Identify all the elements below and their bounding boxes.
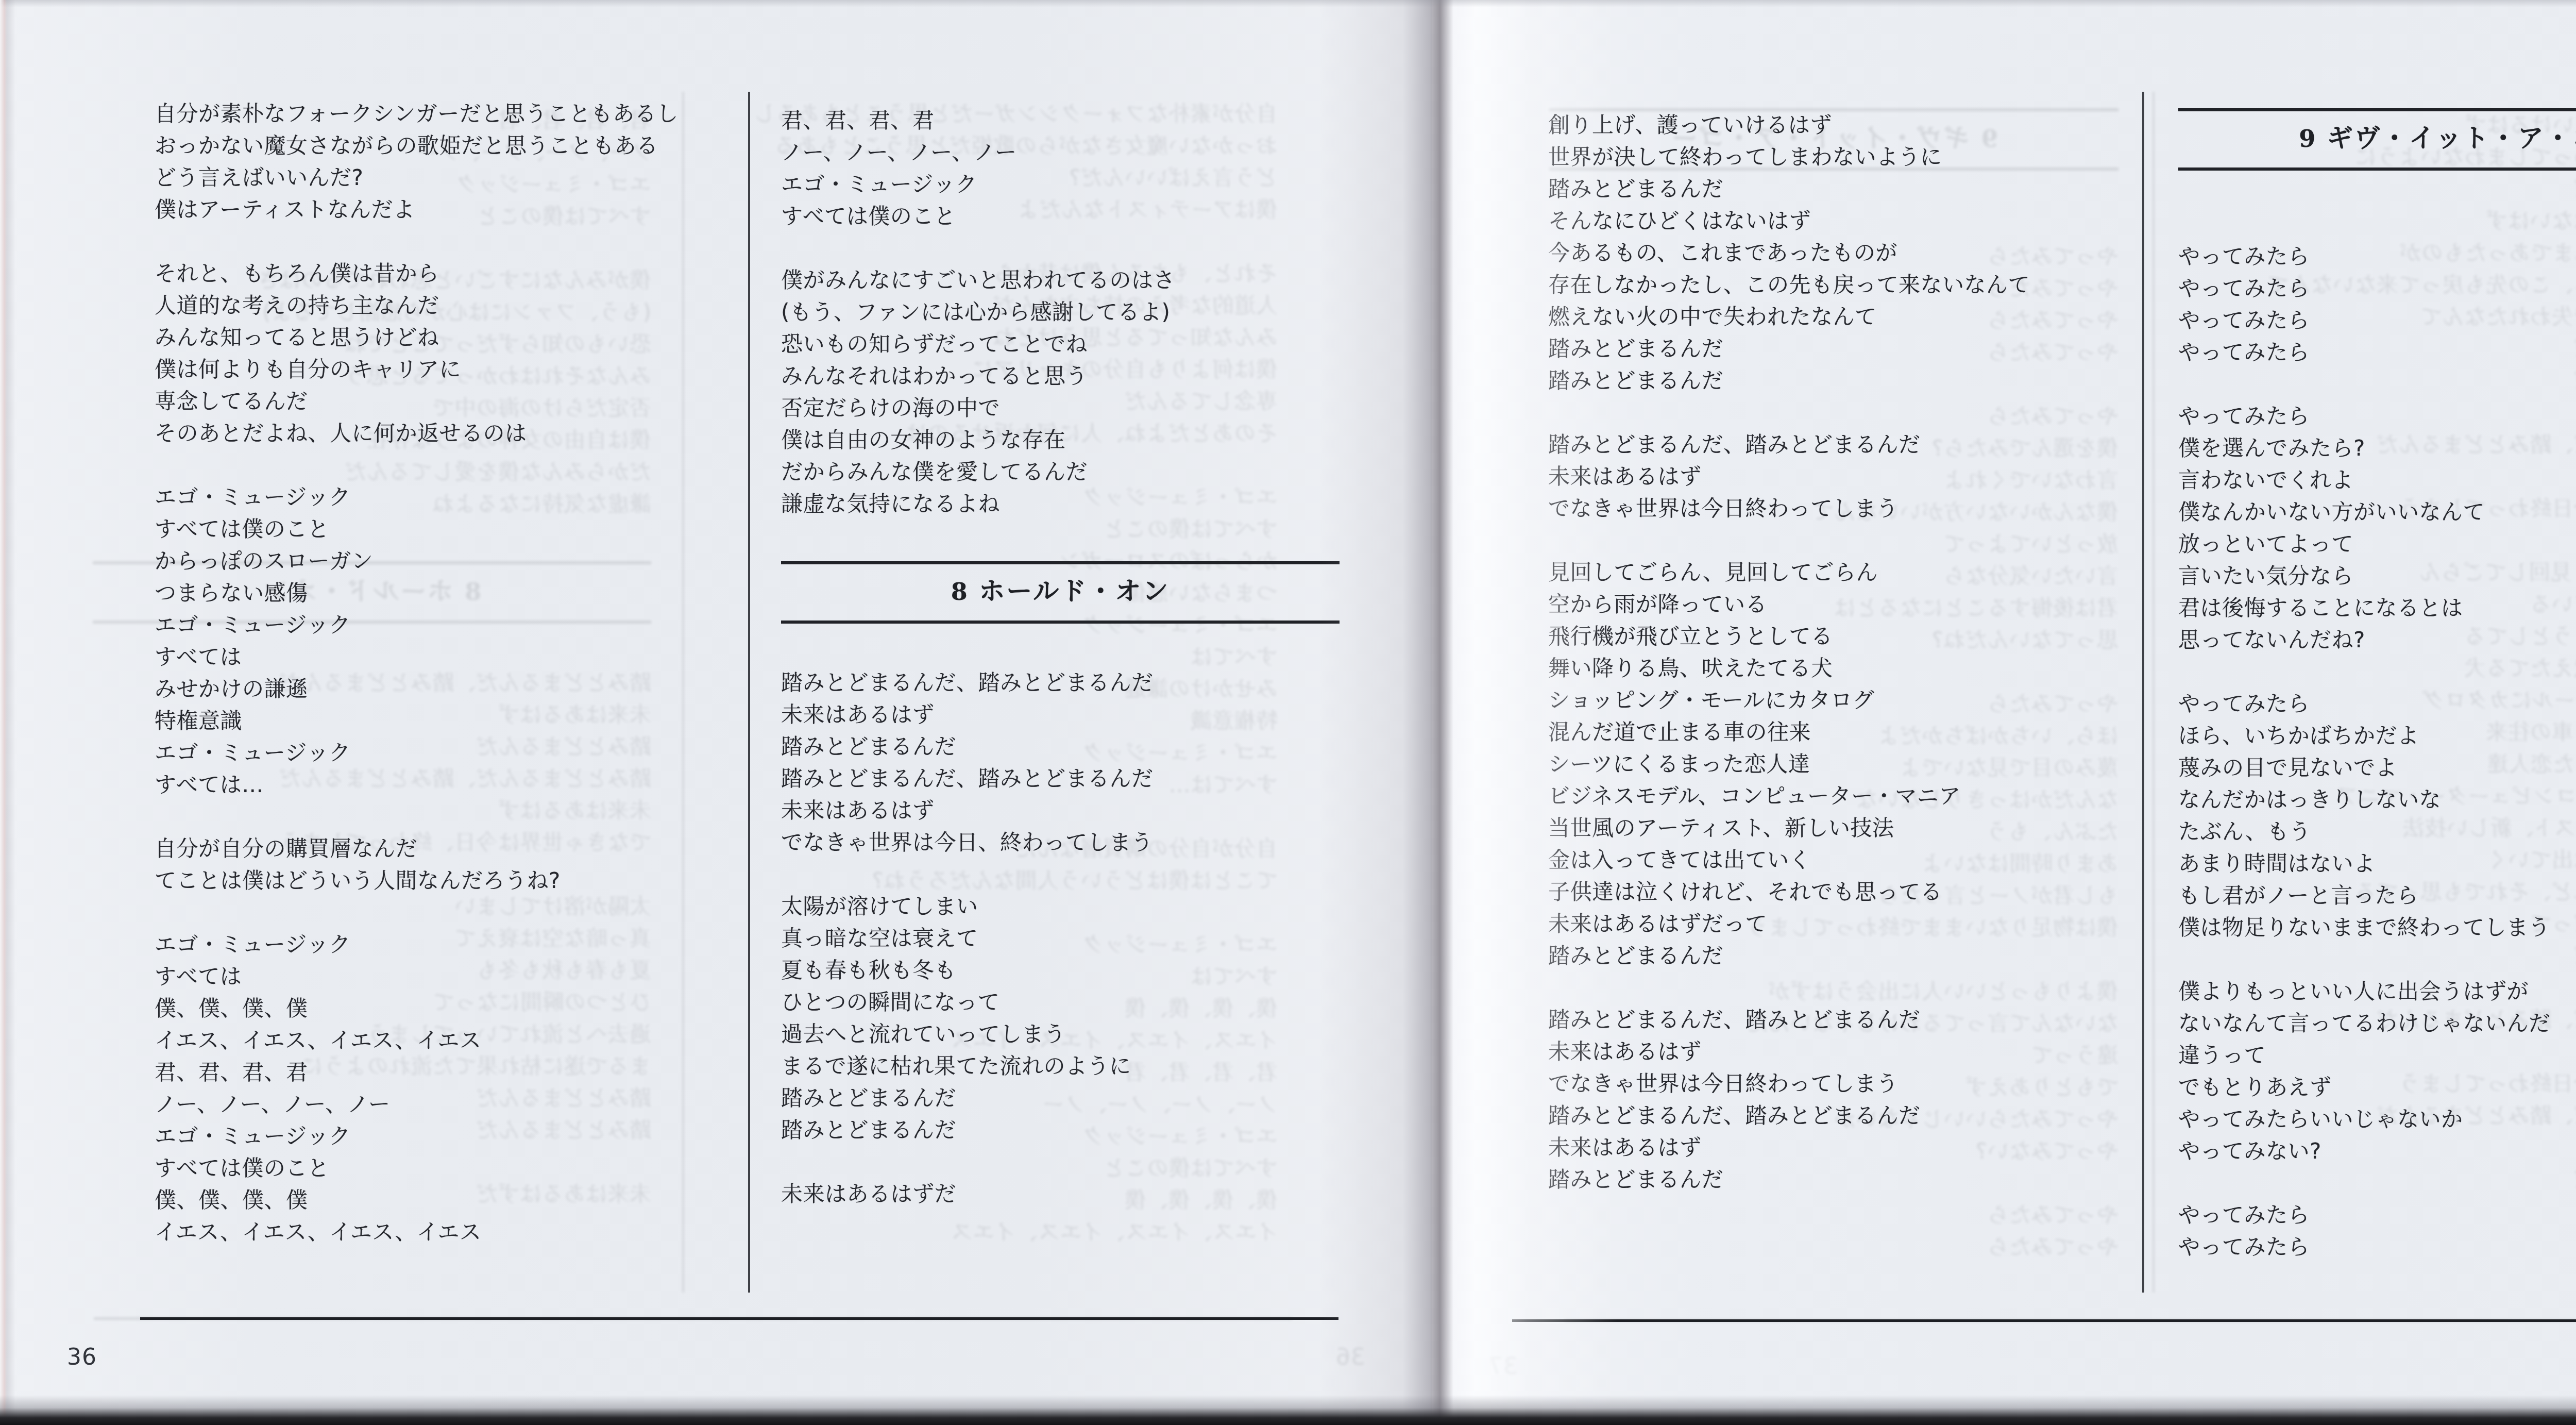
lyrics-line: 特権意識	[155, 705, 742, 737]
lyrics-line: もし君がノーと言ったら	[2178, 880, 2576, 912]
lyrics-line: 踏みとどまるんだ、踏みとどまるんだ	[781, 667, 1340, 699]
lyrics-line: 言いたい気分なら	[2178, 560, 2576, 592]
track-number: 8	[951, 578, 968, 606]
lyrics-line: 未来はあるはずだって	[1548, 908, 2141, 940]
lyrics-line: 踏みとどまるんだ	[781, 1082, 1340, 1114]
lyrics-stanza: 君、君、君、君ノー、ノー、ノー、ノーエゴ・ミュージックすべては僕のこと	[781, 105, 1340, 232]
lyrics-column-right-1: 創り上げ、護っていけるはず世界が決して終わってしまわないように踏みとどまるんだそ…	[1548, 109, 2141, 1228]
lyrics-line: てことは僕はどういう人間なんだろうね?	[155, 865, 742, 897]
lyrics-line: 僕、僕、僕、僕	[155, 993, 742, 1025]
footer-rule	[140, 1317, 1338, 1320]
lyrics-line: 僕を選んでみたら?	[2178, 432, 2576, 464]
lyrics-line: 自分が素朴なフォークシンガーだと思うこともあるし	[155, 98, 742, 130]
lyrics-line: 踏みとどまるんだ	[1548, 333, 2141, 365]
lyrics-line: 謙虚な気持になるよね	[781, 488, 1340, 520]
column-divider	[748, 92, 750, 1293]
track-title: ギヴ・イット・ア・ゴー	[2327, 123, 2576, 153]
lyrics-line: 未来はあるはず	[1548, 1132, 2141, 1164]
lyrics-line: エゴ・ミュージック	[155, 609, 742, 641]
lyrics-line: 君は後悔することになるとは	[2178, 592, 2576, 624]
page-36-content: 自分が素朴なフォークシンガーだと思うこともあるしおっかない魔女さながらの歌姫だと…	[0, 0, 1432, 1425]
lyrics-line: 未来はあるはずだ	[781, 1178, 1340, 1210]
lyrics-line: ショッピング・モールにカタログ	[1548, 684, 2141, 716]
lyrics-line: でなきゃ世界は今日終わってしまう	[1548, 493, 2141, 525]
lyrics-line: 踏みとどまるんだ	[1548, 173, 2141, 205]
lyrics-line: 燃えない火の中で失われたなんて	[1548, 301, 2141, 333]
lyrics-line: 自分が自分の購買層なんだ	[155, 833, 742, 865]
lyrics-line: 踏みとどまるんだ、踏みとどまるんだ	[1548, 429, 2141, 461]
lyrics-line: まるで遂に枯れ果てた流れのように	[781, 1050, 1340, 1082]
track-number: 9	[2299, 125, 2316, 153]
lyrics-line: あまり時間はないよ	[2178, 848, 2576, 880]
lyrics-line: 創り上げ、護っていけるはず	[1548, 109, 2141, 141]
lyrics-line: 踏みとどまるんだ、踏みとどまるんだ	[781, 763, 1340, 795]
lyrics-before-heading: 君、君、君、君ノー、ノー、ノー、ノーエゴ・ミュージックすべては僕のこと僕がみんな…	[781, 105, 1340, 520]
track-title: ホールド・オン	[979, 576, 1170, 606]
lyrics-line: やってみたら	[2178, 273, 2576, 305]
lyrics-stanza: 自分が素朴なフォークシンガーだと思うこともあるしおっかない魔女さながらの歌姫だと…	[155, 98, 742, 226]
lyrics-line: イエス、イエス、イエス、イエス	[155, 1025, 742, 1057]
lyrics-line: すべては僕のこと	[155, 513, 742, 545]
lyrics-line: 未来はあるはず	[1548, 461, 2141, 493]
track-heading-9: 9ギヴ・イット・ア・ゴー	[2178, 108, 2576, 171]
lyrics-stanza: それと、もちろん僕は昔から人道的な考えの持ち主なんだみんな知ってると思うけどね僕…	[155, 258, 742, 449]
lyrics-line: 夏も春も秋も冬も	[781, 954, 1340, 986]
lyrics-line: 踏みとどまるんだ、踏みとどまるんだ	[1548, 1100, 2141, 1132]
lyrics-line: どう言えばいいんだ?	[155, 162, 742, 194]
lyrics-line: 未来はあるはず	[781, 699, 1340, 731]
lyrics-line: シーツにくるまった恋人達	[1548, 748, 2141, 780]
track-title-row: 9ギヴ・イット・ア・ゴー	[2178, 111, 2576, 167]
lyrics-line: 言わないでくれよ	[2178, 464, 2576, 496]
lyrics-line: 僕よりもっといい人に出会うはずが	[2178, 976, 2576, 1008]
lyrics-line: 僕、僕、僕、僕	[155, 1184, 742, 1216]
lyrics-line: 当世風のアーティスト、新しい技法	[1548, 812, 2141, 844]
binding-gutter-shadow	[1319, 0, 1618, 1425]
lyrics-line: 思ってないんだね?	[2178, 624, 2576, 656]
lyrics-line: 子供達は泣くけれど、それでも思ってる	[1548, 876, 2141, 908]
lyrics-line: ないなんて言ってるわけじゃないんだ	[2178, 1008, 2576, 1040]
lyrics-line: みんな知ってると思うけどね	[155, 322, 742, 354]
lyrics-line: でもとりあえず	[2178, 1071, 2576, 1103]
lyrics-line: 今あるもの、これまであったものが	[1548, 237, 2141, 269]
lyrics-line: 空から雨が降っている	[1548, 589, 2141, 621]
page-number: 36	[67, 1344, 97, 1370]
lyrics-line: おっかない魔女さながらの歌姫だと思うこともある	[155, 130, 742, 162]
lyrics-line: やってみたら	[2178, 305, 2576, 337]
lyrics-stanza: 踏みとどまるんだ、踏みとどまるんだ未来はあるはず踏みとどまるんだ踏みとどまるんだ…	[781, 667, 1340, 859]
lyrics-line: 未来はあるはず	[781, 795, 1340, 827]
lyrics-line: 蔑みの目で見ないでよ	[2178, 752, 2576, 784]
lyrics-column-right-2: 9ギヴ・イット・ア・ゴー やってみたらやってみたらやってみたらやってみたらやって…	[2178, 108, 2576, 1295]
lyrics-line: 僕は何よりも自分のキャリアに	[155, 354, 742, 385]
scan-edge-top	[0, 0, 2576, 7]
lyrics-line: やってみたら	[2178, 688, 2576, 720]
lyrics-line: 僕はアーティストなんだよ	[155, 194, 742, 226]
lyrics-stanza: やってみたらやってみたら	[2178, 1199, 2576, 1263]
lyrics-line: それと、もちろん僕は昔から	[155, 258, 742, 290]
lyrics-line: ノー、ノー、ノー、ノー	[155, 1088, 742, 1120]
lyrics-line: なんだかはっきりしないな	[2178, 784, 2576, 816]
lyrics-line: エゴ・ミュージック	[155, 929, 742, 961]
lyrics-line: エゴ・ミュージック	[155, 1120, 742, 1152]
lyrics-line: 否定だらけの海の中で	[781, 392, 1340, 424]
lyrics-line: 未来はあるはず	[1548, 1036, 2141, 1068]
lyrics-stanza: 太陽が溶けてしまい真っ暗な空は衰えて夏も春も秋も冬もひとつの瞬間になって過去へと…	[781, 891, 1340, 1146]
lyrics-line: 専念してるんだ	[155, 385, 742, 417]
lyrics-line: やってみたら	[2178, 1199, 2576, 1231]
lyrics-line: 過去へと流れていってしまう	[781, 1018, 1340, 1050]
lyrics-line: ひとつの瞬間になって	[781, 986, 1340, 1018]
lyrics-stanza: 僕よりもっといい人に出会うはずがないなんて言ってるわけじゃないんだ違うってでもと…	[2178, 976, 2576, 1167]
lyrics-line: 踏みとどまるんだ	[1548, 1164, 2141, 1196]
lyrics-line: 混んだ道で止まる車の往来	[1548, 716, 2141, 748]
lyrics-line: だからみんな僕を愛してるんだ	[781, 456, 1340, 488]
lyrics-line: 世界が決して終わってしまわないように	[1548, 141, 2141, 173]
lyrics-line: すべては僕のこと	[155, 1152, 742, 1184]
lyrics-line: 真っ暗な空は衰えて	[781, 923, 1340, 954]
lyrics-line: ほら、いちかばちかだよ	[2178, 720, 2576, 752]
lyrics-line: 僕は自由の女神のような存在	[781, 424, 1340, 456]
scan-edge-bottom	[0, 1395, 2576, 1425]
lyrics-line: 存在しなかったし、この先も戻って来ないなんて	[1548, 269, 2141, 301]
lyrics-stanza: 踏みとどまるんだ、踏みとどまるんだ未来はあるはずでなきゃ世界は今日終わってしまう…	[1548, 1004, 2141, 1196]
lyrics-column-left-1: 自分が素朴なフォークシンガーだと思うこともあるしおっかない魔女さながらの歌姫だと…	[155, 98, 742, 1280]
lyrics-line: 太陽が溶けてしまい	[781, 891, 1340, 923]
lyrics-stanza: エゴ・ミュージックすべては僕、僕、僕、僕イエス、イエス、イエス、イエス君、君、君…	[155, 929, 742, 1248]
lyrics-line: 人道的な考えの持ち主なんだ	[155, 290, 742, 322]
lyrics-stanza: 創り上げ、護っていけるはず世界が決して終わってしまわないように踏みとどまるんだそ…	[1548, 109, 2141, 397]
lyrics-line: そんなにひどくはないはず	[1548, 205, 2141, 237]
lyrics-line: 放っといてよって	[2178, 528, 2576, 560]
lyrics-line: 僕なんかいない方がいいなんて	[2178, 496, 2576, 528]
lyrics-line: 踏みとどまるんだ	[1548, 940, 2141, 972]
lyrics-stanza: やってみたらほら、いちかばちかだよ蔑みの目で見ないでよなんだかはっきりしないなた…	[2178, 688, 2576, 944]
lyrics-line: たぶん、もう	[2178, 816, 2576, 848]
track-title-row: 8ホールド・オン	[781, 564, 1340, 621]
lyrics-line: 僕は物足りないままで終わってしまう	[2178, 912, 2576, 944]
lyrics-line: 踏みとどまるんだ	[1548, 365, 2141, 397]
lyrics-stanzas: やってみたらやってみたらやってみたらやってみたらやってみたら僕を選んでみたら?言…	[2178, 241, 2576, 1263]
lyrics-line: やってみたら	[2178, 241, 2576, 273]
footer-rule	[1512, 1319, 2576, 1322]
lyrics-line: 見回してごらん、見回してごらん	[1548, 557, 2141, 589]
column-divider	[2142, 92, 2144, 1293]
lyrics-stanza: 見回してごらん、見回してごらん空から雨が降っている飛行機が飛び立とうとしてる舞い…	[1548, 557, 2141, 972]
lyrics-line: エゴ・ミュージック	[781, 169, 1340, 200]
lyrics-line: 飛行機が飛び立とうとしてる	[1548, 621, 2141, 652]
lyrics-column-left-2: 君、君、君、君ノー、ノー、ノー、ノーエゴ・ミュージックすべては僕のこと僕がみんな…	[781, 105, 1340, 1242]
lyrics-line: でなきゃ世界は今日終わってしまう	[1548, 1068, 2141, 1100]
lyrics-line: やってみたら	[2178, 400, 2576, 432]
lyrics-line: 君、君、君、君	[155, 1057, 742, 1088]
lyrics-line: 踏みとどまるんだ、踏みとどまるんだ	[1548, 1004, 2141, 1036]
lyrics-line: 舞い降りる鳥、吠えたてる犬	[1548, 652, 2141, 684]
lyrics-line: (もう、ファンには心から感謝してるよ)	[781, 296, 1340, 328]
lyrics-line: 違うって	[2178, 1040, 2576, 1071]
heading-rule-bottom	[781, 621, 1340, 624]
scan-edge-left	[0, 0, 15, 1425]
lyrics-stanza: やってみたらやってみたらやってみたらやってみたら	[2178, 241, 2576, 368]
lyrics-line: すべては	[155, 961, 742, 993]
lyrics-line: ビジネスモデル、コンピューター・マニア	[1548, 780, 2141, 812]
lyrics-stanza: 踏みとどまるんだ、踏みとどまるんだ未来はあるはずでなきゃ世界は今日終わってしまう	[1548, 429, 2141, 525]
lyrics-stanza: 僕がみんなにすごいと思われてるのはさ(もう、ファンには心から感謝してるよ)恐いも…	[781, 264, 1340, 520]
lyrics-after-heading: 踏みとどまるんだ、踏みとどまるんだ未来はあるはず踏みとどまるんだ踏みとどまるんだ…	[781, 667, 1340, 1210]
lyrics-line: そのあとだよね、人に何か返せるのは	[155, 417, 742, 449]
lyrics-stanza: 未来はあるはずだ	[781, 1178, 1340, 1210]
lyrics-line: 踏みとどまるんだ	[781, 1114, 1340, 1146]
lyrics-line: エゴ・ミュージック	[155, 737, 742, 769]
lyrics-stanza: やってみたら僕を選んでみたら?言わないでくれよ僕なんかいない方がいいなんて放っと…	[2178, 400, 2576, 656]
lyrics-line: やってみたらいいじゃないか	[2178, 1103, 2576, 1135]
lyrics-line: からっぽのスローガン	[155, 545, 742, 577]
lyrics-line: 踏みとどまるんだ	[781, 731, 1340, 763]
lyrics-line: すべては	[155, 641, 742, 673]
heading-rule-bottom	[2178, 167, 2576, 171]
lyrics-line: すべては僕のこと	[781, 200, 1340, 232]
lyrics-line: エゴ・ミュージック	[155, 481, 742, 513]
lyrics-line: でなきゃ世界は今日、終わってしまう	[781, 827, 1340, 859]
lyrics-line: つまらない感傷	[155, 577, 742, 609]
lyrics-line: やってみたら	[2178, 1231, 2576, 1263]
lyrics-line: みせかけの謙遜	[155, 673, 742, 705]
page-36: 自分が素朴なフォークシンガーだと思うこともあるしおっかない魔女さながらの歌姫だと…	[0, 0, 1432, 1425]
booklet-spread: 自分が素朴なフォークシンガーだと思うこともあるしおっかない魔女さながらの歌姫だと…	[0, 0, 2576, 1425]
lyrics-stanza: エゴ・ミュージックすべては僕のことからっぽのスローガンつまらない感傷エゴ・ミュー…	[155, 481, 742, 801]
lyrics-line: 金は入ってきては出ていく	[1548, 844, 2141, 876]
lyrics-line: やってみたら	[2178, 337, 2576, 368]
lyrics-line: やってみない?	[2178, 1135, 2576, 1167]
lyrics-line: 僕がみんなにすごいと思われてるのはさ	[781, 264, 1340, 296]
lyrics-line: みんなそれはわかってると思う	[781, 360, 1340, 392]
track-heading-8: 8ホールド・オン	[781, 561, 1340, 624]
lyrics-stanza: 自分が自分の購買層なんだてことは僕はどういう人間なんだろうね?	[155, 833, 742, 897]
lyrics-line: 君、君、君、君	[781, 105, 1340, 137]
lyrics-line: ノー、ノー、ノー、ノー	[781, 137, 1340, 169]
lyrics-line: すべては…	[155, 769, 742, 801]
lyrics-line: イエス、イエス、イエス、イエス	[155, 1216, 742, 1248]
lyrics-line: 恐いもの知らずだってことでね	[781, 328, 1340, 360]
